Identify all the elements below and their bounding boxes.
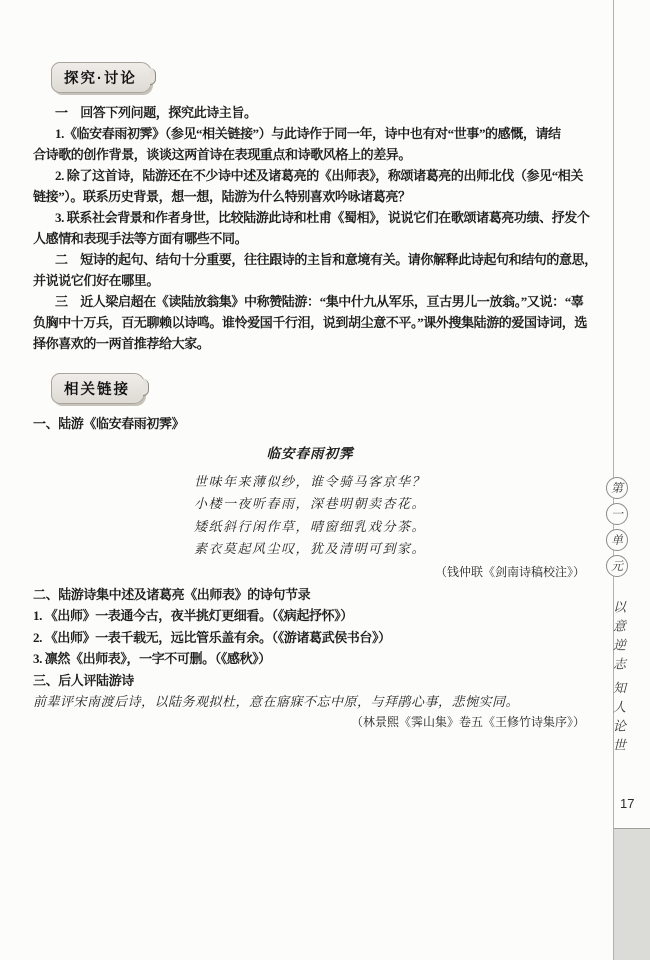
discuss-line: 3. 联系社会背景和作者身世，比较陆游此诗和杜甫《蜀相》，说说它们在歌颂诸葛亮功… — [33, 207, 587, 228]
links-item: 2. 《出师》一表千载无，远比管乐盖有余。（《游诸葛武侯书台》） — [33, 627, 587, 649]
poem-line: 小楼一夜听春雨，深巷明朝卖杏花。 — [33, 493, 587, 516]
poem: 世味年来薄似纱，谁令骑马客京华？ 小楼一夜听春雨，深巷明朝卖杏花。 矮纸斜行闲作… — [33, 471, 587, 561]
critic-comment: 前辈评宋南渡后诗，以陆务观拟杜，意在寤寐不忘中原，与拜鹃心事，悲惋实同。 — [33, 691, 587, 713]
unit-label: 第 一 单 元 — [606, 477, 628, 577]
unit-char-circle: 单 — [606, 529, 628, 551]
unit-slogan-top: 以意逆志 — [610, 600, 628, 676]
unit-char-circle: 元 — [606, 555, 628, 577]
poem-line: 矮纸斜行闲作草，晴窗细乳戏分茶。 — [33, 516, 587, 539]
discuss-line: 择你喜欢的一两首推荐给大家。 — [33, 333, 587, 354]
discuss-line: 链接”）。联系历史背景，想一想，陆游为什么特别喜欢吟咏诸葛亮？ — [33, 186, 587, 207]
discuss-line: 二 短诗的起句、结句十分重要，往往跟诗的主旨和意境有关。请你解释此诗起句和结句的… — [33, 249, 587, 270]
discuss-line: 人感情和表现手法等方面有哪些不同。 — [33, 228, 587, 249]
discuss-line: 一 回答下列问题，探究此诗主旨。 — [33, 102, 587, 123]
discuss-badge-row: 探究·讨论 — [33, 62, 587, 93]
links-item: 3. 凛然《出师表》，一字不可删。（《感秋》） — [33, 648, 587, 670]
unit-char-circle: 第 — [606, 477, 628, 499]
textbook-page: 探究·讨论 一 回答下列问题，探究此诗主旨。 1.《临安春雨初霁》（参见“相关链… — [0, 0, 650, 960]
poem-title: 临安春雨初霁 — [33, 443, 587, 465]
poem-line: 素衣莫起风尘叹，犹及清明可到家。 — [33, 538, 587, 561]
discuss-line: 并说说它们好在哪里。 — [33, 270, 587, 291]
comment-source-citation: （林景熙《霁山集》卷五《王修竹诗集序》） — [33, 713, 587, 731]
unit-slogan-bottom: 知人论世 — [610, 681, 628, 757]
links-section-badge: 相关链接 — [51, 373, 145, 404]
discuss-line: 2. 除了这首诗，陆游还在不少诗中述及诸葛亮的《出师表》，称颂诸葛亮的出师北伐（… — [33, 165, 587, 186]
discuss-line: 三 近人梁启超在《读陆放翁集》中称赞陆游：“集中什九从军乐，亘古男儿一放翁。”又… — [33, 291, 587, 312]
poem-line: 世味年来薄似纱，谁令骑马客京华？ — [33, 471, 587, 494]
poem-source-citation: （钱仲联《剑南诗稿校注》） — [33, 563, 587, 581]
discuss-line: 1.《临安春雨初霁》（参见“相关链接”）与此诗作于同一年，诗中也有对“世事”的感… — [33, 123, 587, 144]
discuss-section-badge: 探究·讨论 — [51, 62, 152, 93]
page-number: 17 — [620, 796, 634, 811]
discuss-line: 负胸中十万兵，百无聊赖以诗鸣。谁怜爱国千行泪，说到胡尘意不平。”课外搜集陆游的爱… — [33, 312, 587, 333]
links-badge-row: 相关链接 — [33, 373, 587, 404]
links-item: 1. 《出师》一表通今古，夜半挑灯更细看。（《病起抒怀》） — [33, 605, 587, 627]
page-edge-shade — [614, 828, 650, 960]
main-text-column: 探究·讨论 一 回答下列问题，探究此诗主旨。 1.《临安春雨初霁》（参见“相关链… — [33, 62, 587, 731]
links-heading-1: 一、陆游《临安春雨初霁》 — [33, 413, 587, 435]
links-heading-3: 三、后人评陆游诗 — [33, 670, 587, 692]
links-heading-2: 二、陆游诗集中述及诸葛亮《出师表》的诗句节录 — [33, 584, 587, 606]
discuss-line: 合诗歌的创作背景，谈谈这两首诗在表现重点和诗歌风格上的差异。 — [33, 144, 587, 165]
unit-char-circle: 一 — [606, 503, 628, 525]
